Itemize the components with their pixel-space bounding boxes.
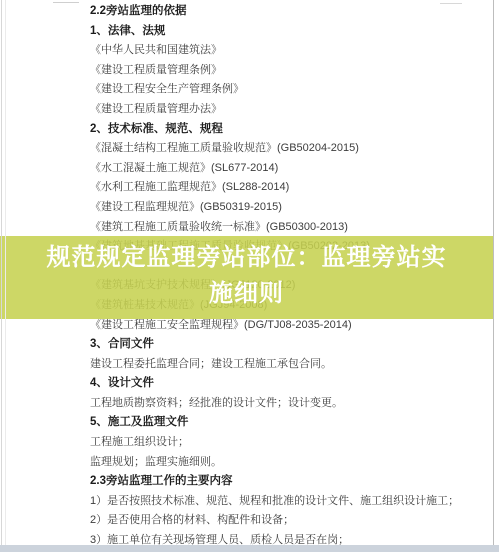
document-row: 《水工混凝土施工规范》(SL677-2014) [0, 159, 493, 179]
document-heading: 4、设计文件 [0, 374, 493, 394]
document-row: 《建设工程质量管理办法》 [0, 100, 493, 120]
document-row: 监理规划；监理实施细则。 [0, 453, 493, 473]
document-heading: 2、技术标准、规范、规程 [0, 120, 493, 140]
document-heading: 2.3旁站监理工作的主要内容 [0, 472, 493, 492]
document-row: 工程地质勘察资料；经批准的设计文件；设计变更。 [0, 394, 493, 414]
document-row: 《混凝土结构工程施工质量验收规范》(GB50204-2015) [0, 139, 493, 159]
document-row: 《建设工程监理规范》(GB50319-2015) [0, 198, 493, 218]
document-row: 《水利工程施工监理规范》(SL288-2014) [0, 178, 493, 198]
title-banner-overlay: 规范规定监理旁站部位：监理旁站实施细则 [0, 236, 493, 319]
page: 2.2旁站监理的依据1、法律、法规《中华人民共和国建筑法》《建设工程质量管理条例… [0, 0, 499, 552]
document-row: 《中华人民共和国建筑法》 [0, 41, 493, 61]
page-edge-left-line [1, 0, 2, 552]
document-row: 《建设工程安全生产管理条例》 [0, 80, 493, 100]
document-heading: 5、施工及监理文件 [0, 413, 493, 433]
document-row: 《建设工程质量管理条例》 [0, 61, 493, 81]
document-heading: 2.2旁站监理的依据 [0, 2, 493, 22]
corner-mark-right [440, 3, 462, 4]
document-row: 1）是否按照技术标准、规范、规程和批准的设计文件、施工组织设计施工； [0, 492, 493, 512]
page-bottom-strip [0, 545, 499, 552]
page-edge-right-line [493, 0, 494, 552]
document-row: 工程施工组织设计； [0, 433, 493, 453]
document-heading: 3、合同文件 [0, 335, 493, 355]
document-row: 建设工程委托监理合同；建设工程施工承包合同。 [0, 355, 493, 375]
document-row: 2）是否使用合格的材料、构配件和设备； [0, 511, 493, 531]
corner-mark-left [53, 2, 79, 3]
document-heading: 1、法律、法规 [0, 22, 493, 42]
page-edge-left-line-2 [5, 0, 6, 552]
overlay-title: 规范规定监理旁站部位：监理旁站实施细则 [41, 236, 453, 312]
document-row: 《建筑工程施工质量验收统一标准》(GB50300-2013) [0, 218, 493, 238]
